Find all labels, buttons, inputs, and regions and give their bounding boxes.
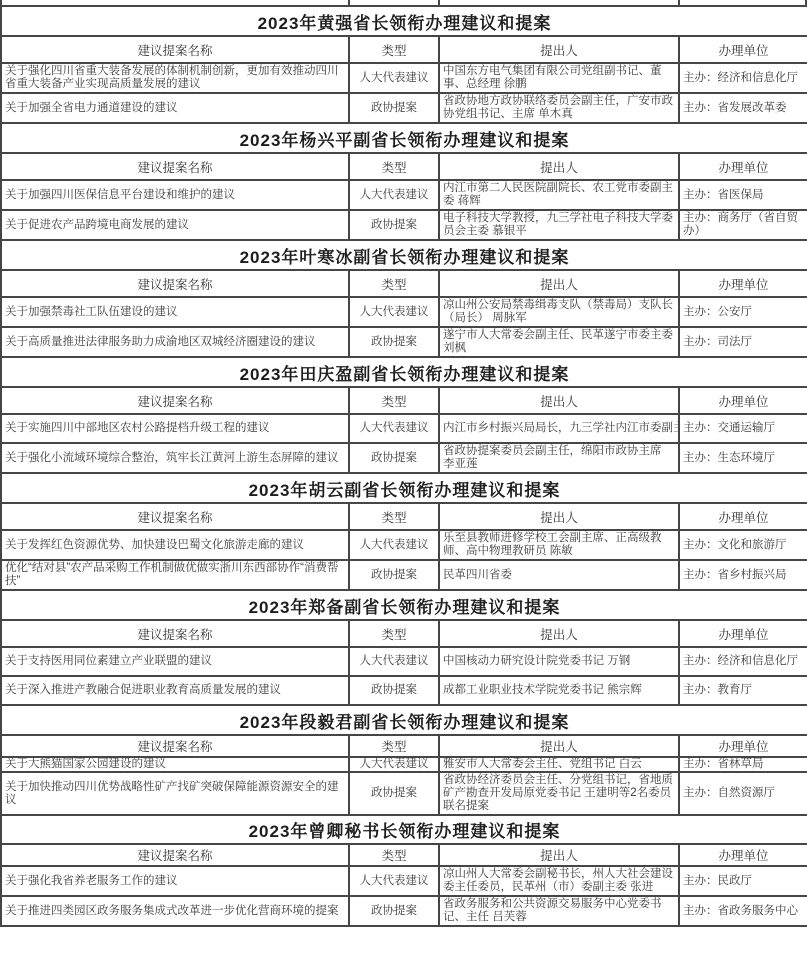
section-title: 2023年田庆盈副省长领衔办理建议和提案	[1, 357, 807, 387]
table-row: 关于强化四川省重大装备发展的体制机制创新，更加有效推动四川省重大装备产业实现高质…	[1, 63, 807, 93]
cell-proposal-name: 关于加强禁毒社工队伍建设的建议	[1, 297, 349, 327]
section-title: 2023年曾卿秘书长领衔办理建议和提案	[1, 815, 807, 844]
column-header-type: 类型	[349, 36, 439, 63]
cell-type: 人大代表建议	[349, 180, 439, 210]
table-row: 关于实施四川中部地区农村公路提档升级工程的建议 人大代表建议 内江市乡村振兴局局…	[1, 414, 807, 443]
header-row: 建议提案名称 类型 提出人 办理单位	[1, 270, 807, 297]
section-title: 2023年黄强省长领衔办理建议和提案	[1, 6, 807, 36]
cell-unit: 主办：教育厅	[679, 676, 807, 705]
column-header-name: 建议提案名称	[1, 387, 349, 414]
cell-proposer: 中国核动力研究设计院党委书记 万钢	[439, 647, 679, 676]
cell-type: 政协提案	[349, 896, 439, 926]
column-header-unit: 办理单位	[679, 503, 807, 530]
cell-proposer: 乐至县教师进修学校工会副主席、正高级教师、高中物理教研员 陈敏	[439, 530, 679, 560]
grid-line	[438, 0, 440, 5]
cell-unit: 主办：司法厅	[679, 327, 807, 357]
cell-unit: 主办：公安厅	[679, 297, 807, 327]
table-row: 关于强化我省养老服务工作的建议 人大代表建议 凉山州人大常委会副秘书长，州人大社…	[1, 866, 807, 896]
cell-proposal-name: 优化“结对县”农产品采购工作机制做优做实浙川东西部协作“消费帮扶”	[1, 560, 349, 590]
table-row: 关于深入推进产教融合促进职业教育高质量发展的建议 政协提案 成都工业职业技术学院…	[1, 676, 807, 705]
cell-unit: 主办：交通运输厅	[679, 414, 807, 443]
cell-unit: 主办：省发展改革委	[679, 93, 807, 123]
column-header-unit: 办理单位	[679, 735, 807, 757]
cell-type: 人大代表建议	[349, 63, 439, 93]
cell-type: 人大代表建议	[349, 757, 439, 772]
table-row: 关于加快推动四川优势战略性矿产找矿突破保障能源资源安全的建议 政协提案 省政协经…	[1, 772, 807, 815]
section-title: 2023年杨兴平副省长领衔办理建议和提案	[1, 123, 807, 153]
column-header-name: 建议提案名称	[1, 735, 349, 757]
grid-line	[348, 0, 350, 5]
cell-type: 政协提案	[349, 93, 439, 123]
cell-proposal-name: 关于发挥红色资源优势、加快建设巴蜀文化旅游走廊的建议	[1, 530, 349, 560]
column-header-proposer: 提出人	[439, 387, 679, 414]
header-row: 建议提案名称 类型 提出人 办理单位	[1, 735, 807, 757]
cell-proposal-name: 关于高质量推进法律服务助力成渝地区双城经济圈建设的建议	[1, 327, 349, 357]
cell-type: 政协提案	[349, 676, 439, 705]
section-table-tianqingying: 2023年田庆盈副省长领衔办理建议和提案 建议提案名称 类型 提出人 办理单位 …	[0, 356, 807, 474]
cell-proposal-name: 关于强化小流域环境综合整治，筑牢长江黄河上游生态屏障的建议	[1, 443, 349, 473]
cell-type: 人大代表建议	[349, 297, 439, 327]
cell-type: 人大代表建议	[349, 414, 439, 443]
column-header-type: 类型	[349, 735, 439, 757]
column-header-type: 类型	[349, 153, 439, 180]
column-header-unit: 办理单位	[679, 387, 807, 414]
cell-proposal-name: 关于推进四类园区政务服务集成式改革进一步优化营商环境的提案	[1, 896, 349, 926]
cell-unit: 主办：省政务服务中心	[679, 896, 807, 926]
section-table-zengqing: 2023年曾卿秘书长领衔办理建议和提案 建议提案名称 类型 提出人 办理单位 关…	[0, 814, 807, 927]
table-row: 关于加强全省电力通道建设的建议 政协提案 省政协地方政协联络委员会副主任，广安市…	[1, 93, 807, 123]
cell-type: 人大代表建议	[349, 530, 439, 560]
section-title: 2023年叶寒冰副省长领衔办理建议和提案	[1, 240, 807, 270]
column-header-type: 类型	[349, 387, 439, 414]
cell-proposal-name: 关于促进农产品跨境电商发展的建议	[1, 210, 349, 240]
cell-proposer: 省政务服务和公共资源交易服务中心党委书记、主任 吕芙蓉	[439, 896, 679, 926]
cell-type: 人大代表建议	[349, 866, 439, 896]
column-header-type: 类型	[349, 270, 439, 297]
cell-type: 政协提案	[349, 560, 439, 590]
cell-type: 政协提案	[349, 443, 439, 473]
cell-proposal-name: 关于支持医用同位素建立产业联盟的建议	[1, 647, 349, 676]
cell-proposal-name: 关于深入推进产教融合促进职业教育高质量发展的建议	[1, 676, 349, 705]
cell-proposer: 成都工业职业技术学院党委书记 熊宗辉	[439, 676, 679, 705]
proposals-document-page: 2023年黄强省长领衔办理建议和提案 建议提案名称 类型 提出人 办理单位 关于…	[0, 0, 807, 960]
cell-proposal-name: 关于实施四川中部地区农村公路提档升级工程的建议	[1, 414, 349, 443]
cell-type: 政协提案	[349, 772, 439, 815]
table-row: 关于发挥红色资源优势、加快建设巴蜀文化旅游走廊的建议 人大代表建议 乐至县教师进…	[1, 530, 807, 560]
header-row: 建议提案名称 类型 提出人 办理单位	[1, 36, 807, 63]
cell-type: 人大代表建议	[349, 647, 439, 676]
cell-unit: 主办：商务厅（省自贸办）	[679, 210, 807, 240]
table-row: 关于大熊猫国家公园建设的建议 人大代表建议 雅安市人大常委会主任、党组书记 白云…	[1, 757, 807, 772]
table-row: 关于支持医用同位素建立产业联盟的建议 人大代表建议 中国核动力研究设计院党委书记…	[1, 647, 807, 676]
header-row: 建议提案名称 类型 提出人 办理单位	[1, 620, 807, 647]
table-row: 关于高质量推进法律服务助力成渝地区双城经济圈建设的建议 政协提案 遂宁市人大常委…	[1, 327, 807, 357]
cell-proposal-name: 关于加强全省电力通道建设的建议	[1, 93, 349, 123]
table-row: 关于强化小流域环境综合整治，筑牢长江黄河上游生态屏障的建议 政协提案 省政协提案…	[1, 443, 807, 473]
column-header-unit: 办理单位	[679, 844, 807, 866]
section-title: 2023年胡云副省长领衔办理建议和提案	[1, 473, 807, 503]
header-row: 建议提案名称 类型 提出人 办理单位	[1, 503, 807, 530]
grid-line	[678, 0, 680, 5]
header-row: 建议提案名称 类型 提出人 办理单位	[1, 844, 807, 866]
column-header-type: 类型	[349, 844, 439, 866]
column-header-unit: 办理单位	[679, 270, 807, 297]
section-table-yehanbing: 2023年叶寒冰副省长领衔办理建议和提案 建议提案名称 类型 提出人 办理单位 …	[0, 239, 807, 358]
column-header-proposer: 提出人	[439, 270, 679, 297]
column-header-name: 建议提案名称	[1, 503, 349, 530]
cell-unit: 主办：省林草局	[679, 757, 807, 772]
section-title: 2023年段毅君副省长领衔办理建议和提案	[1, 705, 807, 735]
cell-unit: 主办：自然资源厅	[679, 772, 807, 815]
cell-proposal-name: 关于强化我省养老服务工作的建议	[1, 866, 349, 896]
cell-proposer: 凉山州公安局禁毒缉毒支队（禁毒局）支队长（局长） 周脉军	[439, 297, 679, 327]
section-table-yangxingping: 2023年杨兴平副省长领衔办理建议和提案 建议提案名称 类型 提出人 办理单位 …	[0, 122, 807, 241]
cell-unit: 主办：经济和信息化厅	[679, 63, 807, 93]
column-header-proposer: 提出人	[439, 844, 679, 866]
column-header-name: 建议提案名称	[1, 844, 349, 866]
cell-proposer: 内江市第二人民医院副院长、农工党市委副主委 蒋辉	[439, 180, 679, 210]
cell-proposer: 遂宁市人大常委会副主任、民革遂宁市委主委 刘枫	[439, 327, 679, 357]
cell-proposer: 凉山州人大常委会副秘书长，州人大社会建设委主任委员，民革州（市）委副主委 张进	[439, 866, 679, 896]
column-header-unit: 办理单位	[679, 620, 807, 647]
column-header-type: 类型	[349, 503, 439, 530]
cell-proposer: 省政协提案委员会副主任，绵阳市政协主席 李亚莲	[439, 443, 679, 473]
table-row: 关于推进四类园区政务服务集成式改革进一步优化营商环境的提案 政协提案 省政务服务…	[1, 896, 807, 926]
section-table-huangqiang: 2023年黄强省长领衔办理建议和提案 建议提案名称 类型 提出人 办理单位 关于…	[0, 5, 807, 124]
section-table-duanyijun: 2023年段毅君副省长领衔办理建议和提案 建议提案名称 类型 提出人 办理单位 …	[0, 704, 807, 816]
cell-proposer: 省政协地方政协联络委员会副主任，广安市政协党组书记、主席 单木真	[439, 93, 679, 123]
cell-proposer: 电子科技大学教授，九三学社电子科技大学委员会主委 慕银平	[439, 210, 679, 240]
section-table-zhengbei: 2023年郑备副省长领衔办理建议和提案 建议提案名称 类型 提出人 办理单位 关…	[0, 589, 807, 706]
table-row: 优化“结对县”农产品采购工作机制做优做实浙川东西部协作“消费帮扶” 政协提案 民…	[1, 560, 807, 590]
cell-proposer: 雅安市人大常委会主任、党组书记 白云	[439, 757, 679, 772]
table-row: 关于促进农产品跨境电商发展的建议 政协提案 电子科技大学教授，九三学社电子科技大…	[1, 210, 807, 240]
column-header-name: 建议提案名称	[1, 620, 349, 647]
cell-proposer: 省政协经济委员会主任、分党组书记，省地质矿产勘查开发局原党委书记 王建明等2名委…	[439, 772, 679, 815]
column-header-proposer: 提出人	[439, 620, 679, 647]
column-header-name: 建议提案名称	[1, 153, 349, 180]
column-header-proposer: 提出人	[439, 153, 679, 180]
cell-unit: 主办：文化和旅游厅	[679, 530, 807, 560]
header-row: 建议提案名称 类型 提出人 办理单位	[1, 153, 807, 180]
header-row: 建议提案名称 类型 提出人 办理单位	[1, 387, 807, 414]
cell-proposer: 中国东方电气集团有限公司党组副书记、董事、总经理 徐鹏	[439, 63, 679, 93]
column-header-unit: 办理单位	[679, 36, 807, 63]
cell-unit: 主办：生态环境厅	[679, 443, 807, 473]
cell-proposal-name: 关于加强四川医保信息平台建设和维护的建议	[1, 180, 349, 210]
cell-proposal-name: 关于强化四川省重大装备发展的体制机制创新，更加有效推动四川省重大装备产业实现高质…	[1, 63, 349, 93]
column-header-type: 类型	[349, 620, 439, 647]
cell-unit: 主办：经济和信息化厅	[679, 647, 807, 676]
section-table-huyun: 2023年胡云副省长领衔办理建议和提案 建议提案名称 类型 提出人 办理单位 关…	[0, 472, 807, 591]
cell-proposer: 内江市乡村振兴局局长，九三学社内江市委副主委 付	[439, 414, 679, 443]
cell-unit: 主办：省乡村振兴局	[679, 560, 807, 590]
cell-unit: 主办：省医保局	[679, 180, 807, 210]
column-header-proposer: 提出人	[439, 735, 679, 757]
cell-proposer: 民革四川省委	[439, 560, 679, 590]
cell-unit: 主办：民政厅	[679, 866, 807, 896]
column-header-unit: 办理单位	[679, 153, 807, 180]
cutoff-previous-row	[0, 0, 807, 7]
table-row: 关于加强禁毒社工队伍建设的建议 人大代表建议 凉山州公安局禁毒缉毒支队（禁毒局）…	[1, 297, 807, 327]
column-header-proposer: 提出人	[439, 503, 679, 530]
column-header-name: 建议提案名称	[1, 36, 349, 63]
cell-proposal-name: 关于大熊猫国家公园建设的建议	[1, 757, 349, 772]
cell-type: 政协提案	[349, 327, 439, 357]
section-title: 2023年郑备副省长领衔办理建议和提案	[1, 590, 807, 620]
cell-proposal-name: 关于加快推动四川优势战略性矿产找矿突破保障能源资源安全的建议	[1, 772, 349, 815]
column-header-name: 建议提案名称	[1, 270, 349, 297]
cell-type: 政协提案	[349, 210, 439, 240]
table-row: 关于加强四川医保信息平台建设和维护的建议 人大代表建议 内江市第二人民医院副院长…	[1, 180, 807, 210]
column-header-proposer: 提出人	[439, 36, 679, 63]
